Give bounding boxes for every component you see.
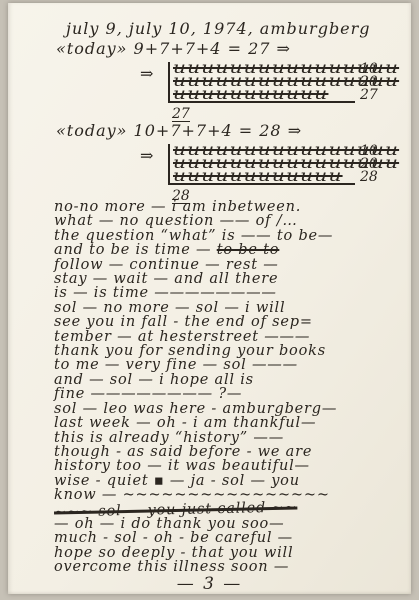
tally-values: 10 20 27 xyxy=(360,63,396,102)
struck-text: to be to xyxy=(217,242,280,258)
today-equation-2: «today» 10+7+7+4 = 28 ⇒ xyxy=(56,121,411,141)
prose-line: wise - quiet ▪ — ja - sol — you xyxy=(54,474,411,488)
tally-values: 10 20 28 xyxy=(360,145,396,184)
tally-row: uuuuuuuuuuu xyxy=(173,88,355,101)
prose-line: history too — it was beautiful— xyxy=(54,459,411,473)
prose-line: and to be is time — to be to xyxy=(54,243,411,257)
prose-line-crossed-out: ~~~ sol — you just called ~~ xyxy=(54,503,411,517)
wave-scribble: uuuuuuuuuuu xyxy=(173,88,328,99)
tally-block-1: ⇒ uuuuuuuuuuuuuuuu uuuuuuuuuuuuuuuu uuuu… xyxy=(168,62,411,114)
prose-line: stay — wait — and all there xyxy=(54,272,411,286)
tally-row: uuuuuuuuuuuu xyxy=(173,170,355,183)
prose-line: last week — oh - i am thankful— xyxy=(54,416,411,430)
prose-line: is — is time ———————— xyxy=(54,286,411,300)
tally-value: 27 xyxy=(360,89,396,102)
tally-block-2: ⇒ uuuuuuuuuuuuuuuu uuuuuuuuuuuuuuuu uuuu… xyxy=(168,144,411,196)
prose-line-text: and to be is time — xyxy=(54,242,217,258)
prose-line: the question “what” is —— to be— xyxy=(54,229,411,243)
today-equation-1: «today» 9+7+7+4 = 27 ⇒ xyxy=(56,39,411,59)
prose-line: sol — leo was here - amburgberg— xyxy=(54,402,411,416)
prose-line: this is already “history” —— xyxy=(54,431,411,445)
tally-sum: 28 xyxy=(172,190,190,204)
tally-bracket: uuuuuuuuuuuuuuuu uuuuuuuuuuuuuuuu uuuuuu… xyxy=(168,62,355,103)
prose-line: overcome this illness soon — xyxy=(54,560,411,574)
date-line: july 9, july 10, 1974, amburgberg xyxy=(66,19,411,39)
prose-line: what — no question —— of /… xyxy=(54,214,411,228)
prose-line: follow — continue — rest — xyxy=(54,258,411,272)
page-number: — 3 — xyxy=(8,576,411,593)
manuscript-page: july 9, july 10, 1974, amburgberg «today… xyxy=(8,3,411,594)
prose-line: tember — at hesterstreet ——— xyxy=(54,330,411,344)
prose-line: sol — no more — sol — i will xyxy=(54,301,411,315)
prose-line: and — sol — i hope all is xyxy=(54,373,411,387)
tally-bracket: uuuuuuuuuuuuuuuu uuuuuuuuuuuuuuuu uuuuuu… xyxy=(168,144,355,185)
prose-line: though - as said before - we are xyxy=(54,445,411,459)
prose-line: fine ———————— ?— xyxy=(54,387,411,401)
right-arrow-icon: ⇒ xyxy=(140,146,153,165)
prose-line: hope so deeply - that you will xyxy=(54,546,411,560)
prose-text: no-no more — i am inbetween. what — no q… xyxy=(54,200,411,575)
right-arrow-icon: ⇒ xyxy=(140,64,153,83)
wave-scribble: uuuuuuuuuuuu xyxy=(173,170,343,181)
tally-value: 28 xyxy=(360,171,396,184)
prose-line: much - sol - oh - be careful — xyxy=(54,531,411,545)
tally-sum: 27 xyxy=(172,108,190,122)
prose-line: to me — very fine — sol ——— xyxy=(54,358,411,372)
prose-line: thank you for sending your books xyxy=(54,344,411,358)
prose-line: see you in fall - the end of sep= xyxy=(54,315,411,329)
